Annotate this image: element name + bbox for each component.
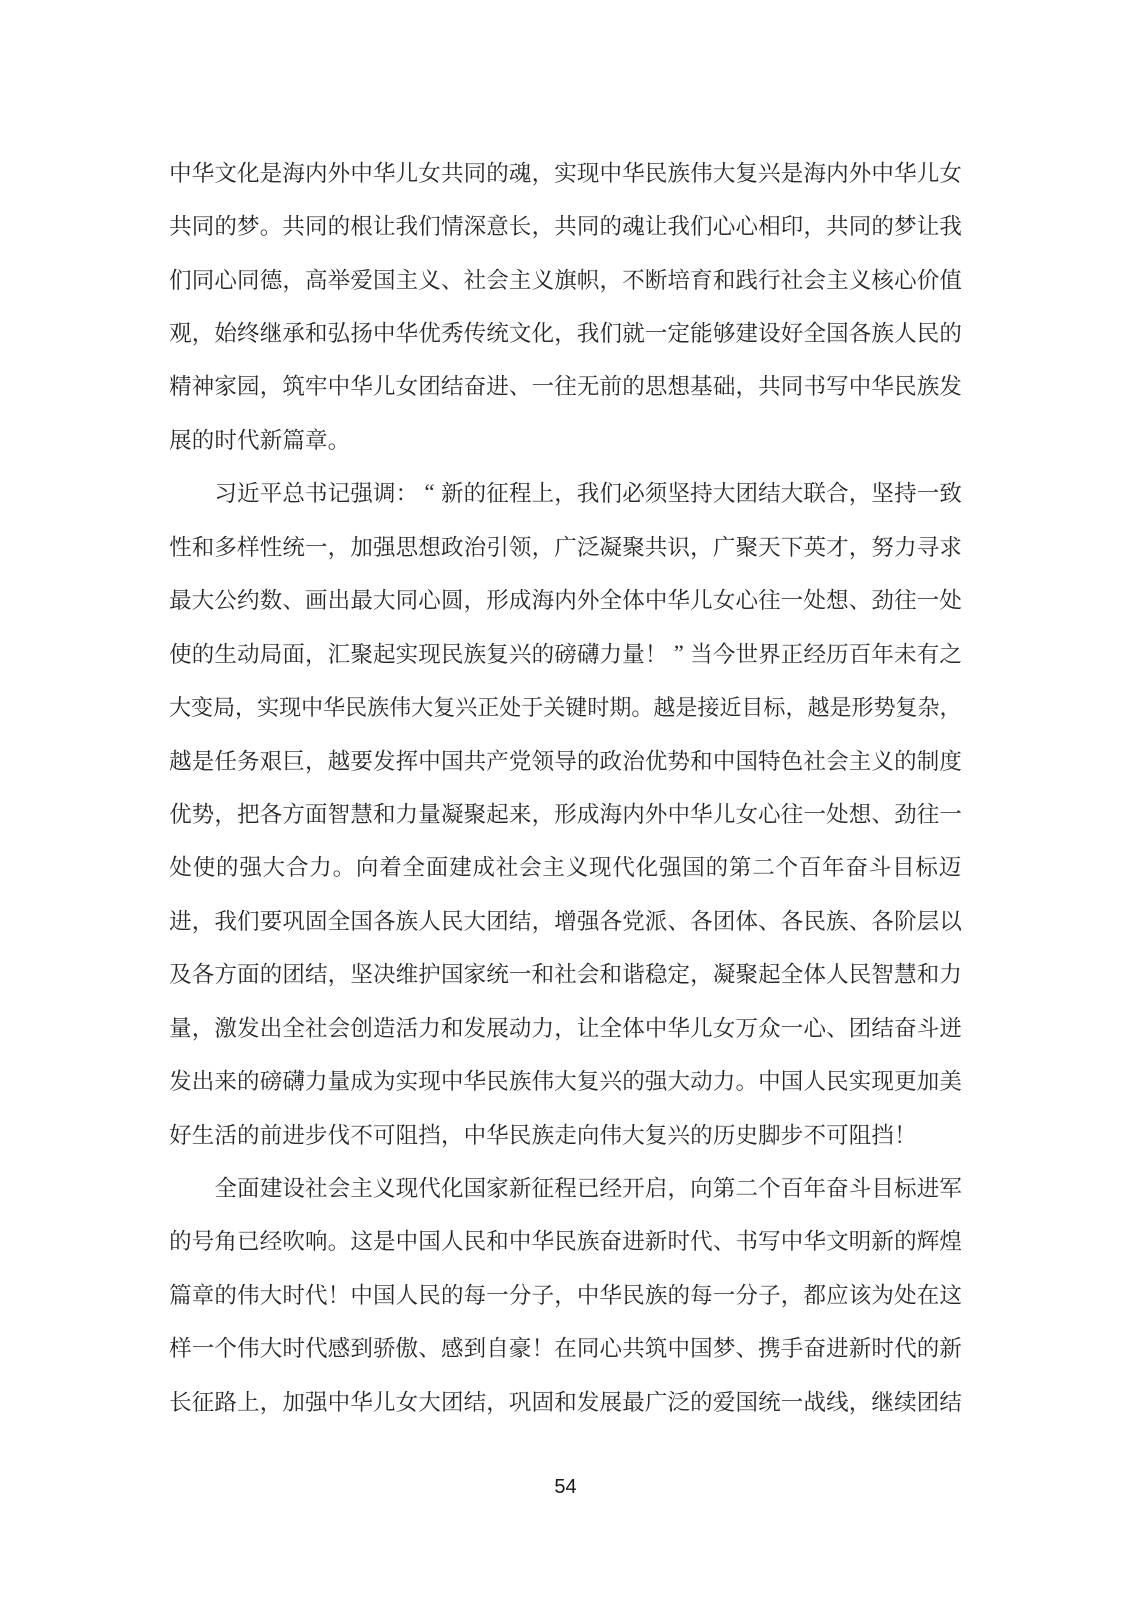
- char: 全: [282, 1000, 305, 1053]
- char: 会: [803, 252, 826, 305]
- char: 手: [781, 1321, 804, 1374]
- char: 结: [464, 1374, 487, 1427]
- char: 期: [609, 679, 631, 732]
- char: 使: [169, 626, 192, 679]
- char: 设: [758, 305, 781, 358]
- char: 内: [622, 786, 645, 839]
- char: 多: [214, 519, 237, 572]
- char: 出: [260, 1000, 283, 1053]
- char: 接: [697, 679, 719, 732]
- char: 最: [350, 573, 373, 626]
- char: 发: [169, 1053, 192, 1106]
- char: 一: [917, 466, 940, 519]
- char: 新: [509, 1160, 532, 1213]
- char: 处: [826, 786, 849, 839]
- char: ，: [328, 519, 351, 572]
- char: 携: [758, 1321, 781, 1374]
- char: 一: [192, 1321, 215, 1374]
- char: 脚: [758, 1107, 781, 1160]
- char: 统: [486, 305, 509, 358]
- char: 关: [543, 679, 565, 732]
- char: 斗: [917, 1000, 940, 1053]
- char: 往: [554, 359, 577, 412]
- char: 书: [305, 466, 328, 519]
- char: 劲: [871, 573, 894, 626]
- char: 大: [464, 893, 487, 946]
- char: 民: [418, 1267, 441, 1320]
- char: 兴: [509, 626, 532, 679]
- char: 的: [214, 1267, 237, 1320]
- char: ，: [849, 466, 872, 519]
- char: 华: [803, 1214, 826, 1267]
- char: 活: [214, 1107, 237, 1160]
- char: 广: [645, 1374, 668, 1427]
- char: 族: [871, 305, 894, 358]
- char: 。: [328, 412, 351, 465]
- char: 上: [237, 1374, 260, 1427]
- char: 想: [667, 359, 690, 412]
- char: 成: [350, 1053, 373, 1106]
- char: 人: [803, 1053, 826, 1106]
- char: 势: [192, 786, 215, 839]
- char: 同: [192, 252, 215, 305]
- char: 往: [917, 786, 940, 839]
- char: 华: [667, 573, 690, 626]
- char: 的: [192, 412, 215, 465]
- char: 巩: [509, 1374, 532, 1427]
- char: 义: [532, 252, 555, 305]
- char: 家: [486, 1160, 509, 1213]
- char: 。: [735, 1053, 758, 1106]
- char: 我: [396, 198, 419, 251]
- char: 大: [418, 1374, 441, 1427]
- char: 结: [758, 466, 781, 519]
- char: 民: [554, 1214, 577, 1267]
- char: ！: [645, 626, 668, 679]
- char: 泛: [577, 519, 600, 572]
- char: 我: [577, 305, 600, 358]
- char: 着: [379, 840, 402, 893]
- char: 价: [917, 252, 940, 305]
- char: 征: [486, 466, 509, 519]
- char: 主: [849, 733, 872, 786]
- char: 产: [486, 733, 509, 786]
- char: 深: [464, 198, 487, 251]
- char: 想: [849, 786, 872, 839]
- char: 每: [464, 1267, 487, 1320]
- char: 面: [305, 786, 328, 839]
- char: 兴: [599, 1053, 622, 1106]
- char: 中: [667, 786, 690, 839]
- char: 上: [532, 466, 555, 519]
- char: 近: [237, 466, 260, 519]
- char: 海: [599, 786, 622, 839]
- char: 泛: [667, 1374, 690, 1427]
- char: 精: [169, 359, 192, 412]
- char: 是: [192, 733, 215, 786]
- char: 文: [214, 145, 237, 198]
- char: 继: [871, 1374, 894, 1427]
- paragraph: 习近平总书记强调：“新的征程上，我们必须坚持大团结大联合，坚持一致性和多样性统一…: [169, 466, 962, 1161]
- char: 的: [894, 1214, 917, 1267]
- char: 新: [849, 1321, 872, 1374]
- char: 稳: [645, 947, 668, 1000]
- char: 大: [262, 840, 285, 893]
- char: 中: [645, 573, 668, 626]
- char: 往: [894, 573, 917, 626]
- char: ，: [441, 1107, 464, 1160]
- char: 国: [464, 1160, 487, 1213]
- char: 复: [645, 1107, 668, 1160]
- char: 。: [332, 840, 355, 893]
- char: 现: [396, 1160, 419, 1213]
- char: 阶: [894, 893, 917, 946]
- char: 越: [328, 733, 351, 786]
- char: 儿: [373, 1374, 396, 1427]
- text-line: 大变局，实现中华民族伟大复兴正处于关键时期。越是接近目标，越是形势复杂，: [169, 679, 962, 732]
- char: 任: [214, 733, 237, 786]
- char: 复: [577, 1053, 600, 1106]
- char: 基: [690, 359, 713, 412]
- char: 全: [214, 1160, 237, 1213]
- char: 智: [328, 786, 351, 839]
- char: 会: [577, 947, 600, 1000]
- char: 务: [237, 733, 260, 786]
- char: 时: [587, 679, 609, 732]
- char: 战: [803, 1374, 826, 1427]
- char: 角: [214, 1214, 237, 1267]
- char: 更: [894, 1053, 917, 1106]
- char: 内: [826, 145, 849, 198]
- char: 已: [577, 1160, 600, 1213]
- char: 百: [849, 626, 872, 679]
- char: 始: [214, 305, 237, 358]
- char: 目: [892, 840, 915, 893]
- char: 筑: [282, 359, 305, 412]
- char: 扬: [350, 305, 373, 358]
- char: 就: [622, 305, 645, 358]
- char: 程: [554, 1160, 577, 1213]
- char: 心: [713, 198, 736, 251]
- char: 和: [192, 519, 215, 572]
- char: 起: [373, 626, 396, 679]
- char: 心: [735, 198, 758, 251]
- char: 标: [894, 1160, 917, 1213]
- char: 天: [758, 519, 781, 572]
- char: 特: [758, 733, 781, 786]
- char: 培: [667, 252, 690, 305]
- char: ，: [192, 305, 215, 358]
- char: 、: [758, 893, 781, 946]
- char: 走: [554, 1107, 577, 1160]
- char: 们: [169, 252, 192, 305]
- char: 大: [713, 145, 736, 198]
- char: 主: [542, 840, 565, 893]
- char: 想: [826, 573, 849, 626]
- char: 民: [826, 1053, 849, 1106]
- char: 心: [803, 1000, 826, 1053]
- char: 致: [939, 466, 962, 519]
- char: 、: [849, 893, 872, 946]
- char: 想: [418, 519, 441, 572]
- char: 的: [871, 198, 894, 251]
- char: 伟: [237, 1321, 260, 1374]
- char: 一: [781, 1000, 804, 1053]
- char: 复: [735, 145, 758, 198]
- char: 伟: [389, 679, 411, 732]
- char: 和: [690, 733, 713, 786]
- char: 大: [260, 1321, 283, 1374]
- paragraph: 全面建设社会主义现代化国家新征程已经开启，向第二个百年奋斗目标进军的号角已经吹响…: [169, 1160, 962, 1427]
- char: 族: [532, 1107, 555, 1160]
- char: ！: [328, 1267, 351, 1320]
- char: 第: [729, 840, 752, 893]
- char: 一: [509, 947, 532, 1000]
- char: 的: [464, 466, 487, 519]
- char: 民: [622, 1267, 645, 1320]
- text-line: 全面建设社会主义现代化国家新征程已经开启，向第二个百年奋斗目标进军: [169, 1160, 962, 1213]
- char: 礴: [282, 1053, 305, 1106]
- char: 须: [645, 466, 668, 519]
- char: 优: [418, 305, 441, 358]
- char: 个: [758, 1160, 781, 1213]
- char: 进: [622, 1214, 645, 1267]
- char: 磅: [260, 1053, 283, 1106]
- char: 相: [758, 198, 781, 251]
- char: 情: [441, 198, 464, 251]
- char: 梦: [713, 1321, 736, 1374]
- char: 来: [509, 786, 532, 839]
- char: 的: [894, 733, 917, 786]
- char: 的: [169, 1214, 192, 1267]
- char: 世: [735, 626, 758, 679]
- char: 和: [599, 947, 622, 1000]
- char: 共: [169, 198, 192, 251]
- char: 化: [532, 305, 555, 358]
- char: 为: [871, 1267, 894, 1320]
- char: 是: [260, 145, 283, 198]
- char: 女: [735, 786, 758, 839]
- char: 年: [871, 626, 894, 679]
- char: 、: [826, 1000, 849, 1053]
- char: 的: [260, 947, 283, 1000]
- char: 生: [192, 1107, 215, 1160]
- char: 代: [418, 1160, 441, 1213]
- text-line: 最大公约数、画出最大同心圆，形成海内外全体中华儿女心往一处想、劲往一处: [169, 573, 962, 626]
- char: 百: [798, 840, 821, 893]
- char: 使: [192, 840, 215, 893]
- char: 爱: [350, 252, 373, 305]
- char: 能: [690, 305, 713, 358]
- char: 实: [257, 679, 279, 732]
- char: 面: [425, 840, 448, 893]
- char: 和: [554, 1374, 577, 1427]
- char: 、: [441, 252, 464, 305]
- char: ！: [532, 1321, 555, 1374]
- char: 智: [871, 947, 894, 1000]
- char: 育: [690, 252, 713, 305]
- char: 今: [713, 626, 736, 679]
- char: 杂: [918, 679, 940, 732]
- char: 共: [441, 145, 464, 198]
- char: 人: [441, 1214, 464, 1267]
- char: 二: [752, 840, 775, 893]
- char: 量: [169, 1000, 192, 1053]
- char: 习: [214, 466, 237, 519]
- text-line: 性和多样性统一，加强思想政治引领，广泛凝聚共识，广聚天下英才，努力寻求: [169, 519, 962, 572]
- char: 大: [554, 1053, 577, 1106]
- char: 女: [713, 1000, 736, 1053]
- char: 成: [472, 840, 495, 893]
- char: 迸: [939, 1000, 962, 1053]
- char: ：: [396, 466, 419, 519]
- char: 秀: [441, 305, 464, 358]
- char: 族: [645, 1267, 668, 1320]
- char: 民: [486, 1053, 509, 1106]
- char: 心: [894, 252, 917, 305]
- char: 的: [690, 1374, 713, 1427]
- char: 活: [396, 1000, 419, 1053]
- char: 人: [894, 305, 917, 358]
- char: 这: [939, 1267, 962, 1320]
- char: 兴: [667, 1107, 690, 1160]
- char: 、: [713, 1214, 736, 1267]
- char: 的: [237, 1107, 260, 1160]
- char: 慧: [350, 786, 373, 839]
- char: ，: [781, 1267, 804, 1320]
- char: 进: [169, 893, 192, 946]
- char: 终: [237, 305, 260, 358]
- char: 儿: [917, 145, 940, 198]
- char: 变: [191, 679, 213, 732]
- char: 大: [781, 466, 804, 519]
- char: 响: [305, 1214, 328, 1267]
- char: 英: [803, 519, 826, 572]
- char: 样: [169, 1321, 192, 1374]
- char: 局: [260, 626, 283, 679]
- char: 礴: [577, 626, 600, 679]
- char: 让: [577, 1000, 600, 1053]
- char: 到: [350, 1321, 373, 1374]
- char: 劲: [894, 786, 917, 839]
- char: 实: [849, 1053, 872, 1106]
- char: 会: [486, 252, 509, 305]
- char: 复: [486, 626, 509, 679]
- char: 党: [509, 733, 532, 786]
- char: 人: [396, 1267, 419, 1320]
- char: 神: [192, 359, 215, 412]
- char: 团: [418, 359, 441, 412]
- char: 导: [554, 733, 577, 786]
- char: 动: [690, 1053, 713, 1106]
- text-line: 好生活的前进步伐不可阻挡，中华民族走向伟大复兴的历史脚步不可阻挡！: [169, 1107, 962, 1160]
- char: 代: [305, 1267, 328, 1320]
- char: 帜: [577, 252, 600, 305]
- char: 结: [871, 1000, 894, 1053]
- char: 民: [645, 145, 668, 198]
- char: 加: [282, 1374, 305, 1427]
- char: 家: [214, 359, 237, 412]
- char: 的: [705, 840, 728, 893]
- char: 中: [667, 1321, 690, 1374]
- char: 优: [645, 733, 668, 786]
- char: 民: [894, 359, 917, 412]
- char: 可: [373, 1107, 396, 1160]
- char: 起: [486, 786, 509, 839]
- char: 华: [667, 1000, 690, 1053]
- char: 代: [612, 840, 635, 893]
- char: 为: [373, 1053, 396, 1106]
- char: 海: [803, 145, 826, 198]
- char: ，: [667, 1160, 690, 1213]
- char: 民: [803, 893, 826, 946]
- char: 践: [735, 252, 758, 305]
- char: 中: [169, 145, 192, 198]
- char: 外: [849, 145, 872, 198]
- char: 层: [917, 893, 940, 946]
- char: 华: [486, 1107, 509, 1160]
- char: 度: [939, 733, 962, 786]
- char: 现: [589, 840, 612, 893]
- char: 族: [577, 1214, 600, 1267]
- char: 中: [373, 305, 396, 358]
- char: 目: [871, 1160, 894, 1213]
- char: 弘: [328, 305, 351, 358]
- char: 无: [577, 359, 600, 412]
- char: 坚: [871, 466, 894, 519]
- char: 领: [509, 519, 532, 572]
- char: 最: [169, 573, 192, 626]
- char: ，: [849, 519, 872, 572]
- char: 同: [577, 1321, 600, 1374]
- char: 大: [373, 573, 396, 626]
- char: 复: [433, 679, 455, 732]
- char: 方: [214, 947, 237, 1000]
- char: 的: [667, 1267, 690, 1320]
- char: 豪: [509, 1321, 532, 1374]
- char: 传: [464, 305, 487, 358]
- char: 样: [237, 519, 260, 572]
- text-line: 中华文化是海内外中华儿女共同的魂，实现中华民族伟大复兴是海内外中华儿女: [169, 145, 962, 198]
- char: 征: [192, 1374, 215, 1427]
- char: 应: [826, 1267, 849, 1320]
- char: 兴: [455, 679, 477, 732]
- char: 内: [305, 145, 328, 198]
- char: 前: [260, 1107, 283, 1160]
- char: 把: [237, 786, 260, 839]
- char: 思: [396, 519, 419, 572]
- char: 年: [803, 1160, 826, 1213]
- char: 的: [917, 1321, 940, 1374]
- char: 行: [758, 252, 781, 305]
- char: 和: [305, 305, 328, 358]
- char: 伟: [237, 1267, 260, 1320]
- char: 众: [758, 1000, 781, 1053]
- char: 主: [826, 252, 849, 305]
- char: 全: [803, 305, 826, 358]
- char: 凝: [713, 947, 736, 1000]
- char: 辉: [917, 1214, 940, 1267]
- document-page: 中华文化是海内外中华儿女共同的魂，实现中华民族伟大复兴是海内外中华儿女共同的梦。…: [0, 0, 1131, 1600]
- char: 华: [622, 145, 645, 198]
- char: 兴: [758, 145, 781, 198]
- char: 伟: [532, 1053, 555, 1106]
- char: 儿: [713, 786, 736, 839]
- char: 同: [237, 252, 260, 305]
- char: 处: [894, 1267, 917, 1320]
- char: 往: [758, 573, 781, 626]
- char: 的: [328, 198, 351, 251]
